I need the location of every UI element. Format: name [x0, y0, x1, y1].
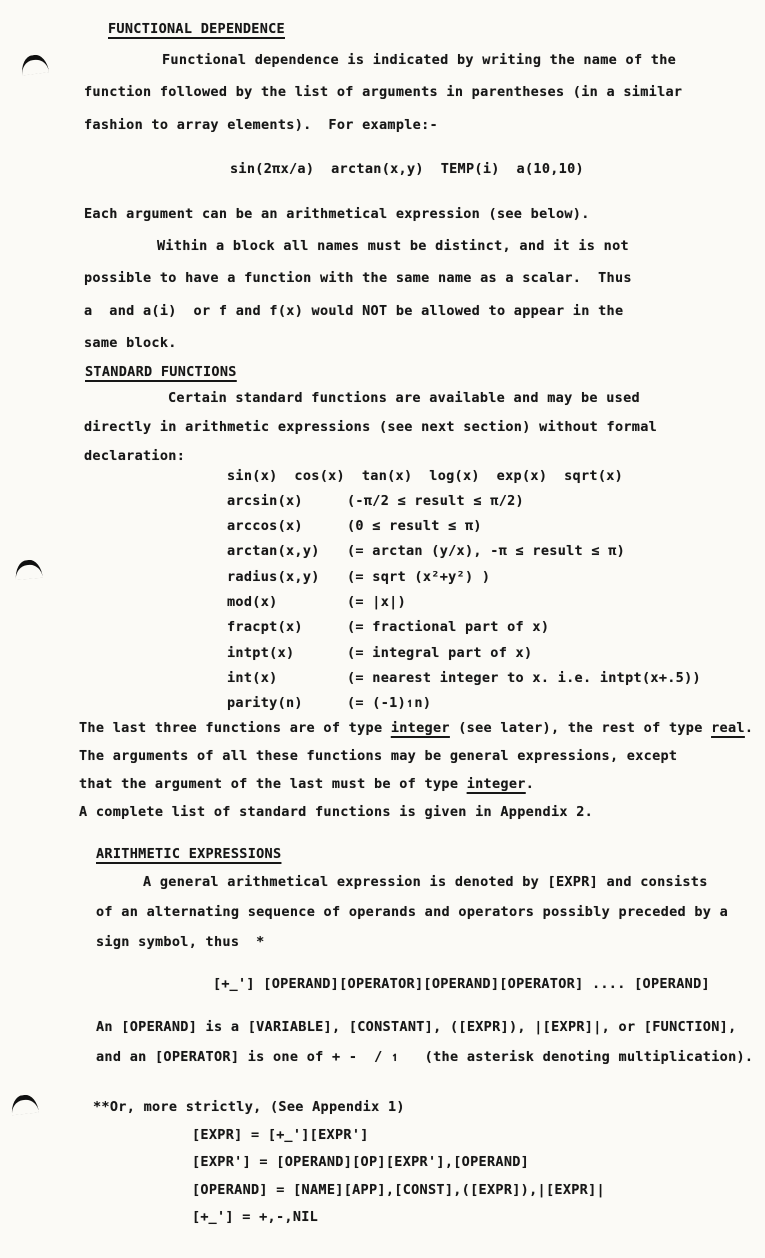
function-name: radius(x,y) [227, 565, 347, 590]
text-line: and an [OPERATOR] is one of + - / ↿ (the… [96, 1042, 760, 1072]
text-line: A general arithmetical expression is den… [143, 867, 760, 897]
function-name: arcsin(x) [227, 489, 347, 514]
text-line: directly in arithmetic expressions (see … [84, 413, 760, 442]
footnote-lines: **Or, more strictly, (See Appendix 1)[EX… [93, 1094, 760, 1232]
underlined-text: integer [467, 776, 526, 792]
text-line: [EXPR'] = [OPERAND][OP][EXPR'],[OPERAND] [192, 1149, 760, 1177]
text-line: [+̲'] = +,-,NIL [192, 1204, 760, 1232]
function-row: int(x)(= nearest integer to x. i.e. intp… [227, 666, 760, 691]
function-row: arcsin(x)(-π/2 ≤ result ≤ π/2) [227, 489, 760, 514]
function-name: parity(n) [227, 691, 347, 716]
function-name: int(x) [227, 666, 347, 691]
function-description: (-π/2 ≤ result ≤ π/2) [347, 493, 524, 509]
function-row: arctan(x,y)(= arctan (y/x), -π ≤ result … [227, 539, 760, 564]
text-line: Functional dependence is indicated by wr… [162, 44, 760, 76]
section-heading-standard-functions: STANDARD FUNCTIONS [85, 360, 760, 384]
function-name: fracpt(x) [227, 615, 347, 640]
paragraph-block: The last three functions are of type int… [79, 714, 760, 827]
text-line: An [OPERAND] is a [VARIABLE], [CONSTANT]… [96, 1012, 760, 1042]
function-row: fracpt(x)(= fractional part of x) [227, 615, 760, 640]
function-row: radius(x,y)(= sqrt (x²+y²) ) [227, 565, 760, 590]
text-line: The arguments of all these functions may… [79, 742, 760, 770]
function-description: (= arctan (y/x), -π ≤ result ≤ π) [347, 543, 625, 559]
function-name: sin(x) cos(x) tan(x) log(x) exp(x) sqrt(… [227, 464, 623, 489]
function-description: (= integral part of x) [347, 645, 532, 661]
text-line: fashion to array elements). For example:… [84, 109, 760, 141]
function-description: (0 ≤ result ≤ π) [347, 518, 482, 534]
text-line: Within a block all names must be distinc… [157, 230, 760, 262]
text-line: A complete list of standard functions is… [79, 798, 760, 826]
paragraph-block: A general arithmetical expression is den… [96, 867, 760, 1072]
paragraph-block: Functional dependence is indicated by wr… [84, 44, 760, 360]
text-line: of an alternating sequence of operands a… [96, 897, 760, 927]
text-line: [OPERAND] = [NAME][APP],[CONST],([EXPR])… [192, 1177, 760, 1205]
text-line: sign symbol, thus * [96, 927, 760, 957]
text-line: function followed by the list of argumen… [84, 76, 760, 108]
pen-mark-icon [14, 559, 43, 580]
function-name: arctan(x,y) [227, 539, 347, 564]
text-line: that the argument of the last must be of… [79, 770, 760, 798]
text-segment: that the argument of the last must be of… [79, 776, 467, 792]
text-line: a and a(i) or f and f(x) would NOT be al… [84, 295, 760, 327]
pen-mark-icon [10, 1094, 39, 1116]
function-description: (= sqrt (x²+y²) ) [347, 569, 490, 585]
text-segment: The last three functions are of type [79, 720, 391, 736]
function-name: intpt(x) [227, 641, 347, 666]
text-line: same block. [84, 327, 760, 359]
underlined-text: real [711, 720, 745, 736]
section-heading-arithmetic-expressions: ARITHMETIC EXPRESSIONS [96, 841, 760, 867]
function-row: intpt(x)(= integral part of x) [227, 641, 760, 666]
text-segment: (see later), the rest of type [450, 720, 711, 736]
text-segment: . [526, 776, 534, 792]
document-body: FUNCTIONAL DEPENDENCE Functional depende… [84, 14, 760, 1232]
text-segment: . [745, 720, 753, 736]
function-description: (= fractional part of x) [347, 619, 549, 635]
section-functional-dependence: FUNCTIONAL DEPENDENCE Functional depende… [84, 14, 760, 360]
text-line: [+̲'] [OPERAND][OPERATOR][OPERAND][OPERA… [213, 969, 760, 999]
function-row: arccos(x)(0 ≤ result ≤ π) [227, 514, 760, 539]
text-line: Certain standard functions are available… [168, 384, 760, 413]
paragraph-block: Certain standard functions are available… [84, 384, 760, 472]
standard-functions-list: sin(x) cos(x) tan(x) log(x) exp(x) sqrt(… [227, 464, 760, 717]
function-row: sin(x) cos(x) tan(x) log(x) exp(x) sqrt(… [227, 464, 760, 489]
text-line: The last three functions are of type int… [79, 714, 760, 742]
text-line: possible to have a function with the sam… [84, 262, 760, 294]
section-heading-functional-dependence: FUNCTIONAL DEPENDENCE [108, 14, 760, 44]
function-name: mod(x) [227, 590, 347, 615]
function-description: (= |x|) [347, 594, 406, 610]
pen-mark-icon [20, 53, 49, 75]
section-arithmetic-expressions: ARITHMETIC EXPRESSIONS A general arithme… [96, 841, 760, 1072]
text-line: **Or, more strictly, (See Appendix 1) [93, 1094, 760, 1122]
function-name: arccos(x) [227, 514, 347, 539]
document-page: FUNCTIONAL DEPENDENCE Functional depende… [0, 0, 765, 1258]
function-description: (= (-1)↿n) [347, 695, 431, 711]
text-line: Each argument can be an arithmetical exp… [84, 198, 760, 230]
section-standard-functions: STANDARD FUNCTIONS Certain standard func… [84, 360, 760, 827]
underlined-text: integer [391, 720, 450, 736]
text-line: [EXPR] = [+̲'][EXPR'] [192, 1122, 760, 1150]
text-line: sin(2πx/a) arctan(x,y) TEMP(i) a(10,10) [230, 153, 760, 185]
function-description: (= nearest integer to x. i.e. intpt(x+.5… [347, 670, 701, 686]
footnote: **Or, more strictly, (See Appendix 1)[EX… [93, 1094, 760, 1232]
function-row: mod(x)(= |x|) [227, 590, 760, 615]
